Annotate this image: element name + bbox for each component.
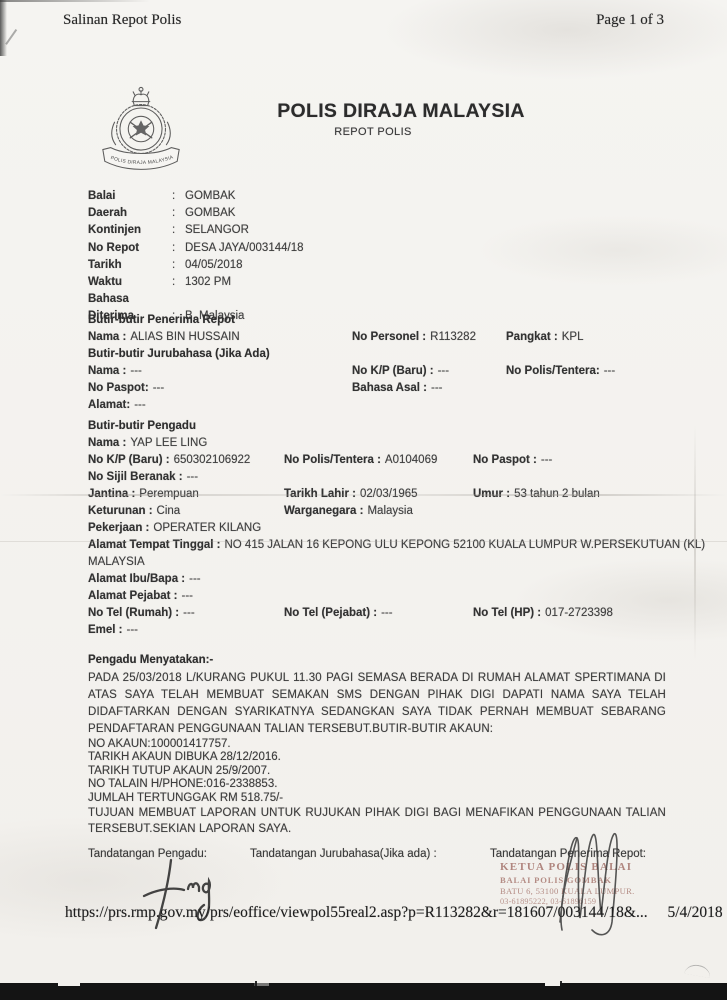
- field-value: ---: [189, 573, 201, 585]
- scanned-police-report-page: Salinan Repot Polis Page 1 of 3: [0, 0, 727, 1000]
- field-label: Nama :: [88, 331, 126, 343]
- field-value: ---: [541, 454, 553, 466]
- meta-label: Waktu: [88, 274, 172, 291]
- field-value: ---: [134, 399, 146, 411]
- field-value: ---: [604, 365, 616, 377]
- handwriting-ling-icon: [138, 856, 233, 936]
- masthead: POLIS DIRAJA MALAYSIA REPOT POLIS: [100, 100, 702, 138]
- field-label: Nama :: [88, 437, 126, 449]
- meta-value: GOMBAK: [185, 190, 235, 202]
- statement-detail-line: TARIKH TUTUP AKAUN 25/9/2007.: [88, 765, 708, 779]
- field-value: A0104069: [385, 454, 437, 466]
- field-jurubahasa-nama: Nama :---: [88, 365, 142, 377]
- field-label: Nama :: [88, 365, 126, 377]
- field-label: No Polis/Tentera:: [506, 365, 600, 377]
- field-label: Pangkat :: [506, 331, 558, 343]
- report-form: Butir-butir Penerima Repot Nama :ALIAS B…: [88, 312, 708, 838]
- field-value: Malaysia: [367, 505, 412, 517]
- statement-paragraph: PADA 25/03/2018 L/KURANG PUKUL 11.30 PAG…: [88, 670, 666, 738]
- meta-value: SELANGOR: [185, 224, 249, 236]
- field-value: ---: [183, 607, 195, 619]
- field-pengadu-nama: Nama :YAP LEE LING: [88, 437, 207, 449]
- print-header-title: Salinan Repot Polis: [63, 12, 181, 29]
- statement-heading: Pengadu Menyatakan:-: [88, 652, 708, 670]
- meta-label: Tarikh: [88, 257, 172, 274]
- form-row: Alamat Ibu/Bapa :---: [88, 571, 708, 588]
- field-label: No Paspot:: [88, 382, 149, 394]
- meta-row-daerah: Daerah:GOMBAK: [88, 205, 304, 222]
- meta-value: 1302 PM: [185, 276, 231, 288]
- print-footer-date: 5/4/2018: [667, 904, 722, 921]
- print-footer: https://prs.rmp.gov.my/prs/eoffice/viewp…: [65, 904, 723, 922]
- field-value: KPL: [562, 331, 584, 343]
- field-label: No Tel (Rumah) :: [88, 607, 179, 619]
- meta-value: 04/05/2018: [185, 259, 243, 271]
- print-footer-url: https://prs.rmp.gov.my/prs/eoffice/viewp…: [65, 904, 648, 921]
- field-label: No Tel (HP) :: [473, 607, 541, 619]
- meta-label: Kontinjen: [88, 222, 172, 239]
- field-pengadu-warganegara: Warganegara :Malaysia: [284, 503, 413, 520]
- paper-fold-crease: [0, 541, 727, 542]
- field-jurubahasa-bahasa-asal: Bahasa Asal :---: [352, 380, 443, 397]
- field-value: ---: [431, 382, 443, 394]
- meta-row-balai: Balai:GOMBAK: [88, 188, 304, 205]
- statement-details: NO AKAUN:100001417757. TARIKH AKAUN DIBU…: [88, 738, 708, 806]
- field-label: No Tel (Pejabat) :: [284, 607, 377, 619]
- form-row: Pekerjaan :OPERATER KILANG: [88, 520, 708, 537]
- field-label: Pekerjaan :: [88, 522, 149, 534]
- field-pengadu-no-polis: No Polis/Tentera :A0104069: [284, 452, 437, 469]
- section-heading-jurubahasa: Butir-butir Jurubahasa (Jika Ada): [88, 346, 708, 363]
- meta-colon: :: [172, 205, 185, 222]
- document-title: POLIS DIRAJA MALAYSIA: [100, 100, 702, 123]
- statement-detail-line: NO AKAUN:100001417757.: [88, 738, 708, 752]
- meta-row-kontinjen: Kontinjen:SELANGOR: [88, 222, 304, 239]
- field-label: No Personel :: [352, 331, 426, 343]
- meta-value: DESA JAYA/003144/18: [185, 242, 304, 254]
- field-label: Alamat Ibu/Bapa :: [88, 573, 185, 585]
- scan-edge-shadow: [0, 0, 150, 2]
- field-pengadu-alamat-tinggal: Alamat Tempat Tinggal :NO 415 JALAN 16 K…: [88, 539, 705, 568]
- meta-colon: :: [172, 274, 185, 291]
- form-row: No Sijil Beranak :---: [88, 469, 708, 486]
- form-row: Alamat:---: [88, 397, 708, 414]
- document-subtitle: REPOT POLIS: [72, 126, 674, 138]
- field-jurubahasa-alamat: Alamat:---: [88, 399, 146, 411]
- field-penerima-nama: Nama :ALIAS BIN HUSSAIN: [88, 331, 240, 343]
- field-label: No Polis/Tentera :: [284, 454, 381, 466]
- field-value: ---: [127, 624, 139, 636]
- scan-edge-shadow: [0, 0, 7, 56]
- meta-colon: :: [172, 240, 185, 257]
- field-label: No K/P (Baru) :: [352, 365, 434, 377]
- field-pengadu-no-kp: No K/P (Baru) :650302106922: [88, 454, 250, 466]
- field-pengadu-tel-pejabat: No Tel (Pejabat) :---: [284, 605, 393, 622]
- pengadu-handwritten-signature: [138, 856, 233, 936]
- field-pengadu-keturunan: Keturunan :Cina: [88, 505, 180, 517]
- field-label: Alamat:: [88, 399, 130, 411]
- meta-value: GOMBAK: [185, 207, 235, 219]
- field-label: No Sijil Beranak :: [88, 471, 183, 483]
- field-label: Bahasa Asal :: [352, 382, 427, 394]
- meta-row-no-repot: No Repot:DESA JAYA/003144/18: [88, 240, 304, 257]
- signature-label-jurubahasa: Tandatangan Jurubahasa(Jika ada) :: [250, 848, 437, 860]
- meta-row-tarikh: Tarikh:04/05/2018: [88, 257, 304, 274]
- form-row: No K/P (Baru) :650302106922 No Polis/Ten…: [88, 452, 708, 469]
- field-value: R113282: [430, 331, 476, 343]
- form-row: No Paspot:--- Bahasa Asal :---: [88, 380, 708, 397]
- field-pengadu-sijil-beranak: No Sijil Beranak :---: [88, 471, 198, 483]
- field-value: ---: [153, 382, 165, 394]
- field-value: ---: [438, 365, 450, 377]
- form-row: Nama :ALIAS BIN HUSSAIN No Personel :R11…: [88, 329, 708, 346]
- field-label: No K/P (Baru) :: [88, 454, 170, 466]
- field-value: ---: [181, 590, 193, 602]
- statement-detail-line: TARIKH AKAUN DIBUKA 28/12/2016.: [88, 751, 708, 765]
- statement-detail-line: NO TALAIN H/PHONE:016-2338853.: [88, 778, 708, 792]
- field-label: No Paspot :: [473, 454, 537, 466]
- report-meta: Balai:GOMBAK Daerah:GOMBAK Kontinjen:SEL…: [88, 188, 304, 326]
- field-label: Alamat Pejabat :: [88, 590, 177, 602]
- form-row-alamat-tinggal: Alamat Tempat Tinggal :NO 415 JALAN 16 K…: [88, 537, 706, 571]
- meta-label: Daerah: [88, 205, 172, 222]
- field-value: OPERATER KILANG: [153, 522, 261, 534]
- field-penerima-pangkat: Pangkat :KPL: [506, 329, 584, 346]
- print-header: Salinan Repot Polis Page 1 of 3: [63, 12, 664, 29]
- field-value: YAP LEE LING: [130, 437, 207, 449]
- statement-detail-line: JUMLAH TERTUNGGAK RM 518.75/-: [88, 792, 708, 806]
- field-pengadu-alamat-pejabat: Alamat Pejabat :---: [88, 590, 193, 602]
- section-heading-penerima: Butir-butir Penerima Repot: [88, 312, 708, 329]
- field-label: Keturunan :: [88, 505, 153, 517]
- meta-label: Balai: [88, 188, 172, 205]
- meta-label: No Repot: [88, 240, 172, 257]
- paper-fold-crease: [0, 494, 727, 496]
- field-pengadu-pekerjaan: Pekerjaan :OPERATER KILANG: [88, 522, 261, 534]
- field-jurubahasa-no-kp: No K/P (Baru) :---: [352, 363, 449, 380]
- field-pengadu-no-paspot: No Paspot :---: [473, 452, 552, 469]
- meta-row-waktu: Waktu:1302 PM: [88, 274, 304, 291]
- field-value: ALIAS BIN HUSSAIN: [130, 331, 239, 343]
- field-value: ---: [130, 365, 142, 377]
- field-value: 017-2723398: [545, 607, 613, 619]
- section-heading-pengadu: Butir-butir Pengadu: [88, 418, 708, 435]
- field-pengadu-tel-hp: No Tel (HP) :017-2723398: [473, 605, 613, 622]
- form-row: Keturunan :Cina Warganegara :Malaysia: [88, 503, 708, 520]
- form-row: No Tel (Rumah) :--- No Tel (Pejabat) :--…: [88, 605, 708, 622]
- form-row: Alamat Pejabat :---: [88, 588, 708, 605]
- field-value: Cina: [157, 505, 181, 517]
- paper-fold-crease: [694, 425, 696, 660]
- scanner-edge-bar: [0, 986, 727, 1000]
- field-jurubahasa-no-paspot: No Paspot:---: [88, 382, 164, 394]
- field-pengadu-alamat-ibubapa: Alamat Ibu/Bapa :---: [88, 573, 201, 585]
- field-pengadu-tel-rumah: No Tel (Rumah) :---: [88, 607, 195, 619]
- form-row: Nama :--- No K/P (Baru) :--- No Polis/Te…: [88, 363, 708, 380]
- field-pengadu-emel: Emel :---: [88, 624, 138, 636]
- field-jurubahasa-no-polis: No Polis/Tentera:---: [506, 363, 615, 380]
- form-row: Nama :YAP LEE LING: [88, 435, 708, 452]
- field-penerima-no-personel: No Personel :R113282: [352, 329, 476, 346]
- field-value: ---: [381, 607, 393, 619]
- field-value: 650302106922: [174, 454, 251, 466]
- print-header-page-number: Page 1 of 3: [596, 12, 664, 29]
- scan-crease-mark: [684, 963, 712, 978]
- field-label: Emel :: [88, 624, 123, 636]
- form-row: Emel :---: [88, 622, 708, 639]
- meta-colon: :: [172, 222, 185, 239]
- meta-colon: :: [172, 188, 185, 205]
- meta-colon: :: [172, 257, 185, 274]
- field-label: Warganegara :: [284, 505, 363, 517]
- field-value: ---: [187, 471, 199, 483]
